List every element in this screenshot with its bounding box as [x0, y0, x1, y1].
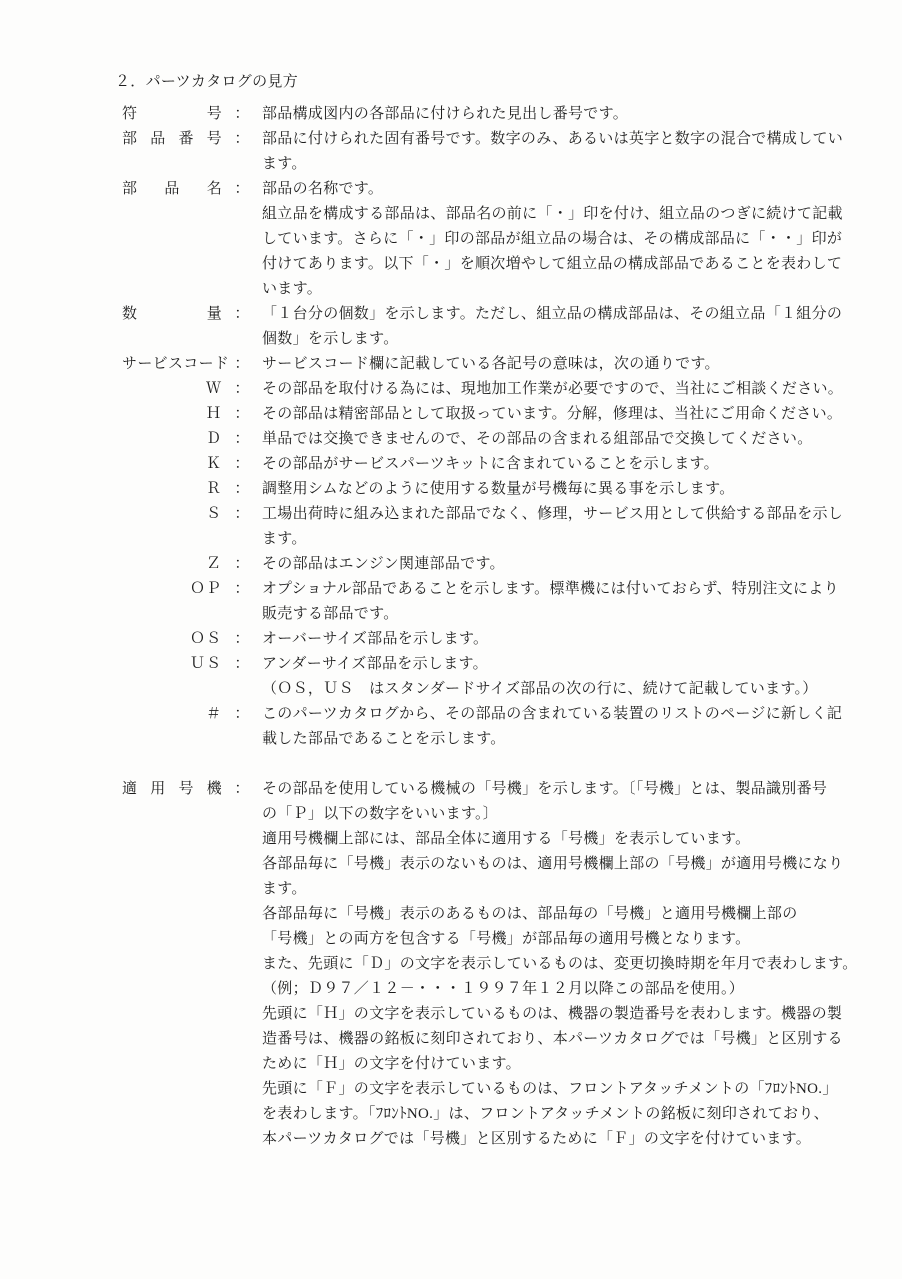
term-label: サービスコード: [122, 352, 222, 377]
term-description: 工場出荷時に組み込まれた部品でなく、修理，サービス用として供給する部品を示します…: [262, 502, 846, 552]
text-line: 調整用シムなどのように使用する数量が号機毎に異る事を示します。: [262, 477, 846, 502]
term-description: その部品がサービスパーツキットに含まれていることを示します。: [262, 452, 846, 477]
page-title: ２．パーツカタログの見方: [115, 70, 846, 95]
term-label-char: 号: [178, 777, 193, 802]
colon-separator: ：: [222, 352, 262, 377]
text-line: 各部品毎に「号機」表示のあるものは、部品毎の「号機」と適用号機欄上部の: [262, 902, 846, 927]
text-line: ます。: [262, 152, 846, 177]
definition-row: 数量 ： 「１台分の個数」を示します。ただし、組立品の構成部品は、その組立品「１…: [115, 302, 846, 352]
term-label-char: 部: [122, 177, 137, 202]
service-code-label: ＯＰ: [122, 577, 222, 602]
service-code-label: ＃: [122, 702, 222, 727]
colon-separator: ：: [222, 552, 262, 577]
application-section: 適用号機 ： その部品を使用している機械の「号機」を示します。〔「号機」とは、製…: [115, 777, 846, 1152]
term-label-char: ビ: [153, 352, 168, 377]
definition-row: サービスコード ： サービスコード欄に記載している各記号の意味は，次の通りです。: [115, 352, 846, 377]
term-description: その部品を使用している機械の「号機」を示します。〔「号機」とは、製品識別番号の「…: [262, 777, 846, 1152]
term-label-char: 品: [164, 177, 179, 202]
text-line: 付けてあります。以下「・」を順次増やして組立品の構成部品であることを表わして: [262, 252, 846, 277]
service-code-label: Ｄ: [122, 427, 222, 452]
text-line: を表わします。「ﾌﾛﾝﾄNO.」は、フロントアタッチメントの銘板に刻印されており…: [262, 1102, 846, 1127]
term-label-char: ー: [199, 352, 214, 377]
definition-row: ＯＰ ： オプショナル部品であることを示します。標準機には付いておらず、特別注文…: [115, 577, 846, 627]
term-description: 部品の名称です。組立品を構成する部品は、部品名の前に「・」印を付け、組立品のつぎ…: [262, 177, 846, 302]
term-label-char: コ: [183, 352, 198, 377]
text-line: 部品構成図内の各部品に付けられた見出し番号です。: [262, 102, 846, 127]
text-line: の「Ｐ」以下の数字をいいます。〕: [262, 802, 846, 827]
term-label-char: 品: [150, 127, 165, 152]
text-line: また、先頭に「Ｄ」の文字を表示しているものは、変更切換時期を年月で表わします。: [262, 952, 846, 977]
definition-row: Ｗ ： その部品を取付ける為には、現地加工作業が必要ですので、当社にご相談くださ…: [115, 377, 846, 402]
definition-row: Ｚ ： その部品はエンジン関連部品です。: [115, 552, 846, 577]
term-label-char: 番: [178, 127, 193, 152]
text-line: 先頭に「Ｆ」の文字を表示しているものは、フロントアタッチメントの「ﾌﾛﾝﾄNO.…: [262, 1077, 846, 1102]
text-line: ます。: [262, 877, 846, 902]
term-label: 符号: [122, 102, 222, 127]
term-description: アンダーサイズ部品を示します。（ＯＳ，ＵＳ はスタンダードサイズ部品の次の行に、…: [262, 652, 846, 702]
text-line: サービスコード欄に記載している各記号の意味は，次の通りです。: [262, 352, 846, 377]
colon-separator: ：: [222, 502, 262, 527]
definition-row: Ｈ ： その部品は精密部品として取扱っています。分解，修理は、当社にご用命くださ…: [115, 402, 846, 427]
term-label-char: 号: [207, 127, 222, 152]
term-label-char: 適: [122, 777, 137, 802]
service-code-label: ＯＳ: [122, 627, 222, 652]
text-line: 販売する部品です。: [262, 602, 846, 627]
term-label-char: 機: [207, 777, 222, 802]
definition-row: ＯＳ ： オーバーサイズ部品を示します。: [115, 627, 846, 652]
service-code-label: Ｓ: [122, 502, 222, 527]
term-description: 部品に付けられた固有番号です。数字のみ、あるいは英字と数字の混合で構成しています…: [262, 127, 846, 177]
text-line: 造番号は、機器の銘板に刻印されており、本パーツカタログでは「号機」と区別する: [262, 1027, 846, 1052]
term-description: 単品では交換できませんので、その部品の含まれる組部品で交換してください。: [262, 427, 846, 452]
term-description: このパーツカタログから、その部品の含まれている装置のリストのページに新しく記載し…: [262, 702, 846, 752]
term-description: その部品は精密部品として取扱っています。分解，修理は、当社にご用命ください。: [262, 402, 846, 427]
colon-separator: ：: [222, 402, 262, 427]
text-line: 組立品を構成する部品は、部品名の前に「・」印を付け、組立品のつぎに続けて記載: [262, 202, 846, 227]
text-line: 工場出荷時に組み込まれた部品でなく、修理，サービス用として供給する部品を示し: [262, 502, 846, 527]
definition-row: 部品名 ： 部品の名称です。組立品を構成する部品は、部品名の前に「・」印を付け、…: [115, 177, 846, 302]
text-line: オーバーサイズ部品を示します。: [262, 627, 846, 652]
colon-separator: ：: [222, 627, 262, 652]
text-line: このパーツカタログから、その部品の含まれている装置のリストのページに新しく記: [262, 702, 846, 727]
colon-separator: ：: [222, 377, 262, 402]
colon-separator: ：: [222, 177, 262, 202]
term-label-char: 用: [150, 777, 165, 802]
colon-separator: ：: [222, 127, 262, 152]
service-code-label: Ｈ: [122, 402, 222, 427]
term-label-char: ス: [168, 352, 183, 377]
service-code-label: ＵＳ: [122, 652, 222, 677]
text-line: 個数」を示します。: [262, 327, 846, 352]
term-description: その部品はエンジン関連部品です。: [262, 552, 846, 577]
text-line: 適用号機欄上部には、部品全体に適用する「号機」を表示しています。: [262, 827, 846, 852]
text-line: 「１台分の個数」を示します。ただし、組立品の構成部品は、その組立品「１組分の: [262, 302, 846, 327]
text-line: 「号機」との両方を包含する「号機」が部品毎の適用号機となります。: [262, 927, 846, 952]
definition-row: Ｄ ： 単品では交換できませんので、その部品の含まれる組部品で交換してください。: [115, 427, 846, 452]
colon-separator: ：: [222, 702, 262, 727]
definition-row: ＵＳ ： アンダーサイズ部品を示します。（ＯＳ，ＵＳ はスタンダードサイズ部品の…: [115, 652, 846, 702]
term-description: オーバーサイズ部品を示します。: [262, 627, 846, 652]
term-label-char: ー: [137, 352, 152, 377]
service-code-label: Ｚ: [122, 552, 222, 577]
term-label-char: 量: [207, 302, 222, 327]
text-line: 部品に付けられた固有番号です。数字のみ、あるいは英字と数字の混合で構成してい: [262, 127, 846, 152]
colon-separator: ：: [222, 577, 262, 602]
term-label: 部品番号: [122, 127, 222, 152]
text-line: （例；Ｄ９７／１２－・・・１９９７年１２月以降この部品を使用。）: [262, 977, 846, 1002]
term-label-char: サ: [122, 352, 137, 377]
text-line: ます。: [262, 527, 846, 552]
text-line: オプショナル部品であることを示します。標準機には付いておらず、特別注文により: [262, 577, 846, 602]
text-line: その部品がサービスパーツキットに含まれていることを示します。: [262, 452, 846, 477]
definition-row: Ｓ ： 工場出荷時に組み込まれた部品でなく、修理，サービス用として供給する部品を…: [115, 502, 846, 552]
definition-list: 符号 ： 部品構成図内の各部品に付けられた見出し番号です。 部品番号 ： 部品に…: [115, 102, 846, 377]
text-line: （ＯＳ，ＵＳ はスタンダードサイズ部品の次の行に、続けて記載しています。）: [262, 677, 846, 702]
colon-separator: ：: [222, 452, 262, 477]
definition-row: Ｒ ： 調整用シムなどのように使用する数量が号機毎に異る事を示します。: [115, 477, 846, 502]
definition-row: ＃ ： このパーツカタログから、その部品の含まれている装置のリストのページに新し…: [115, 702, 846, 752]
text-line: 先頭に「Ｈ」の文字を表示しているものは、機器の製造番号を表わします。機器の製: [262, 1002, 846, 1027]
text-line: 単品では交換できませんので、その部品の含まれる組部品で交換してください。: [262, 427, 846, 452]
term-description: オプショナル部品であることを示します。標準機には付いておらず、特別注文により販売…: [262, 577, 846, 627]
term-label-char: 名: [207, 177, 222, 202]
term-label-char: 部: [122, 127, 137, 152]
text-line: 各部品毎に「号機」表示のないものは、適用号機欄上部の「号機」が適用号機になり: [262, 852, 846, 877]
text-line: その部品を使用している機械の「号機」を示します。〔「号機」とは、製品識別番号: [262, 777, 846, 802]
text-line: います。: [262, 277, 846, 302]
term-label: 数量: [122, 302, 222, 327]
service-code-list: Ｗ ： その部品を取付ける為には、現地加工作業が必要ですので、当社にご相談くださ…: [115, 377, 846, 752]
term-description: 「１台分の個数」を示します。ただし、組立品の構成部品は、その組立品「１組分の個数…: [262, 302, 846, 352]
colon-separator: ：: [222, 102, 262, 127]
definition-row: Ｋ ： その部品がサービスパーツキットに含まれていることを示します。: [115, 452, 846, 477]
term-label-char: 符: [122, 102, 137, 127]
term-description: その部品を取付ける為には、現地加工作業が必要ですので、当社にご相談ください。: [262, 377, 846, 402]
service-code-label: Ｋ: [122, 452, 222, 477]
colon-separator: ：: [222, 652, 262, 677]
term-label: 適用号機: [122, 777, 222, 802]
text-line: しています。さらに「・」印の部品が組立品の場合は、その構成部品に「・・」印が: [262, 227, 846, 252]
text-line: その部品は精密部品として取扱っています。分解，修理は、当社にご用命ください。: [262, 402, 846, 427]
colon-separator: ：: [222, 477, 262, 502]
text-line: 載した部品であることを示します。: [262, 727, 846, 752]
term-description: 調整用シムなどのように使用する数量が号機毎に異る事を示します。: [262, 477, 846, 502]
colon-separator: ：: [222, 302, 262, 327]
text-line: その部品はエンジン関連部品です。: [262, 552, 846, 577]
text-line: その部品を取付ける為には、現地加工作業が必要ですので、当社にご相談ください。: [262, 377, 846, 402]
definition-row: 部品番号 ： 部品に付けられた固有番号です。数字のみ、あるいは英字と数字の混合で…: [115, 127, 846, 177]
service-code-label: Ｗ: [122, 377, 222, 402]
colon-separator: ：: [222, 427, 262, 452]
text-line: 本パーツカタログでは「号機」と区別するために「Ｆ」の文字を付けています。: [262, 1127, 846, 1152]
term-label-char: 号: [207, 102, 222, 127]
document-page: ２．パーツカタログの見方 符号 ： 部品構成図内の各部品に付けられた見出し番号で…: [0, 0, 902, 1279]
service-code-label: Ｒ: [122, 477, 222, 502]
term-description: 部品構成図内の各部品に付けられた見出し番号です。: [262, 102, 846, 127]
colon-separator: ：: [222, 777, 262, 802]
text-line: ために「Ｈ」の文字を付けています。: [262, 1052, 846, 1077]
text-line: アンダーサイズ部品を示します。: [262, 652, 846, 677]
term-label-char: 数: [122, 302, 137, 327]
term-label: 部品名: [122, 177, 222, 202]
definition-row: 符号 ： 部品構成図内の各部品に付けられた見出し番号です。: [115, 102, 846, 127]
term-description: サービスコード欄に記載している各記号の意味は，次の通りです。: [262, 352, 846, 377]
text-line: 部品の名称です。: [262, 177, 846, 202]
definition-row: 適用号機 ： その部品を使用している機械の「号機」を示します。〔「号機」とは、製…: [115, 777, 846, 1152]
